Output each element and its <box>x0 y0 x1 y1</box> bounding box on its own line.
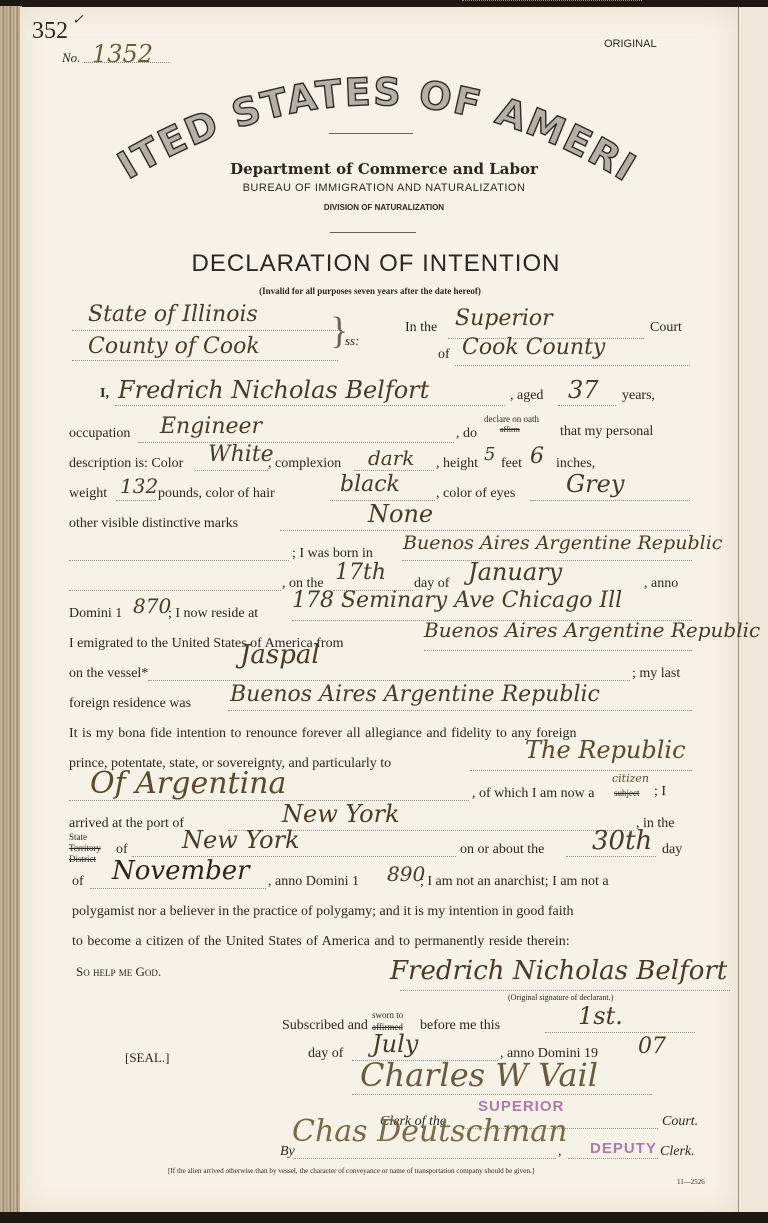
marks-line <box>280 530 690 531</box>
height-inches: 6 <box>530 444 544 469</box>
footnote: [If the alien arrived otherwise than by … <box>168 1167 534 1175</box>
deputy-clerk-label: Clerk. <box>660 1144 695 1160</box>
arrival-state: New York <box>182 826 300 854</box>
copy-label: ORIGINAL <box>604 38 657 50</box>
clerk-court-label: Court. <box>662 1114 698 1130</box>
marks-label: other visible distinctive marks <box>69 516 238 532</box>
arc-title: UNITED STATES OF AMERICA <box>95 60 655 200</box>
description-label: description is: Color <box>69 456 183 472</box>
foreign-residence-label: foreign residence was <box>69 696 191 712</box>
title-rule-top <box>329 133 413 134</box>
name-line <box>115 405 505 406</box>
subject-label: subject <box>614 788 640 798</box>
weight-value: 132 <box>120 474 158 498</box>
attest-day: 1st. <box>578 1002 623 1030</box>
subscribed-label: Subscribed and <box>282 1018 368 1034</box>
form-title: DECLARATION OF INTENTION <box>0 250 752 278</box>
attest-day-of-label: day of <box>308 1046 343 1062</box>
occupation-label: occupation <box>69 426 130 442</box>
declare-label: declare on oath <box>484 414 539 424</box>
oath-text: So help me God. <box>76 964 161 980</box>
title-rule-bottom <box>330 232 416 233</box>
scan-bottom-border <box>0 1212 768 1223</box>
declarant-age: 37 <box>568 376 599 404</box>
sworn-label: sworn to <box>372 1010 403 1020</box>
attest-day-line <box>545 1032 695 1033</box>
in-the-label: In the <box>405 320 437 336</box>
anno2-label: , anno Domini 1 <box>268 874 359 890</box>
color-line <box>195 470 268 471</box>
semicolon-i-label: ; I <box>654 784 666 800</box>
ss-label: ss: <box>345 333 359 349</box>
emigrated-line <box>424 650 692 651</box>
age-line <box>558 405 616 406</box>
foreign-residence-value: Buenos Aires Argentine Republic <box>230 682 600 707</box>
weight-label: weight <box>69 486 107 502</box>
of-label: of <box>438 347 450 363</box>
clerk-signature-line <box>352 1094 652 1095</box>
bureau-name: BUREAU OF IMMIGRATION AND NATURALIZATION <box>0 182 768 194</box>
venue-state: State of Illinois <box>88 302 258 327</box>
territory-label: Territory <box>69 843 101 853</box>
deputy-signature: Chas Deutschman <box>292 1114 567 1149</box>
complexion-line <box>354 470 434 471</box>
reside-label: ; I now reside at <box>168 606 258 622</box>
eyes-value: Grey <box>566 470 624 498</box>
attest-month: July <box>372 1030 418 1058</box>
court-name: Superior <box>455 306 553 331</box>
clerk-signature: Charles W Vail <box>360 1056 598 1094</box>
eyes-line <box>530 500 690 501</box>
anarchist-text: ; I am not an anarchist; I am not a <box>420 874 609 890</box>
hair-value: black <box>340 472 400 497</box>
validity-note: (Invalid for all purposes seven years af… <box>0 286 740 296</box>
pounds-hair-label: pounds, color of hair <box>158 486 275 502</box>
occupation-value: Engineer <box>160 414 262 439</box>
feet-label: feet <box>501 456 522 472</box>
of3-label: of <box>72 874 84 890</box>
eyes-label: , color of eyes <box>436 486 515 502</box>
emigrated-from: Buenos Aires Argentine Republic <box>424 618 760 642</box>
number-label: No. <box>62 50 80 66</box>
deputy-title-line <box>568 1158 658 1159</box>
state-line <box>72 330 338 331</box>
birthplace-value: Buenos Aires Argentine Republic <box>403 532 722 554</box>
birth-month-line <box>462 0 642 1</box>
i-label: I, <box>100 386 109 402</box>
years-label: years, <box>622 388 655 404</box>
weight-line <box>116 500 156 501</box>
state-label: State <box>69 832 87 842</box>
declarant-name: Fredrich Nicholas Belfort <box>118 376 429 404</box>
court-county-line <box>455 365 690 366</box>
complexion-label: , complexion <box>268 456 341 472</box>
deputy-signature-line <box>294 1158 556 1159</box>
color-value: White <box>208 442 274 467</box>
on-about-label: on or about the <box>460 842 544 858</box>
signature-caption: (Original signature of declarant.) <box>508 993 613 1002</box>
renounce-text-1: It is my bona fide intention to renounce… <box>69 726 577 742</box>
marks-value: None <box>368 500 433 528</box>
arrival-day-line <box>566 856 656 857</box>
anno-label: , anno <box>644 576 678 592</box>
court-label: Court <box>650 320 682 336</box>
arrival-month-line <box>90 888 266 889</box>
form-number: 11—2526 <box>677 1178 705 1186</box>
occupation-line <box>138 442 454 443</box>
height-label: , height <box>436 456 478 472</box>
seal-label: [SEAL.] <box>125 1050 169 1066</box>
personal-label: that my personal <box>560 424 653 440</box>
arrival-day: 30th <box>592 826 652 856</box>
department-name: Department of Commerce and Labor <box>0 160 768 178</box>
citizen-label: citizen <box>612 772 649 785</box>
born-pre-line <box>69 560 289 561</box>
deputy-stamp: DEPUTY <box>590 1140 657 1157</box>
venue-county: County of Cook <box>88 334 260 359</box>
division-name: DIVISION OF NATURALIZATION <box>0 203 768 212</box>
do-label: , do <box>456 426 477 442</box>
day-label: day <box>662 842 682 858</box>
court-county: Cook County <box>462 335 605 360</box>
birth-day: 17th <box>335 560 386 585</box>
residence-value: 178 Seminary Ave Chicago Ill <box>292 588 622 613</box>
complexion-value: dark <box>368 446 414 470</box>
attest-year: 07 <box>638 1034 666 1059</box>
district-label: District <box>69 854 96 864</box>
aged-label: , aged <box>510 388 543 404</box>
citizen-text: to become a citizen of the United States… <box>72 934 570 950</box>
of-which-label: , of which I am now a <box>472 786 594 802</box>
vessel-line <box>148 680 630 681</box>
affirm-label: affirm <box>500 425 520 434</box>
signature-line <box>400 990 730 991</box>
foreign-residence-line <box>228 710 692 711</box>
arrival-month: November <box>112 856 250 886</box>
comma: , <box>558 1144 562 1160</box>
page-check-mark: ✓ <box>72 12 84 28</box>
superior-stamp: SUPERIOR <box>478 1098 564 1115</box>
birth-year: 870 <box>133 594 171 618</box>
height-feet: 5 <box>484 444 495 465</box>
vessel-label: on the vessel* <box>69 666 148 682</box>
before-label: before me this <box>420 1018 500 1034</box>
domini-label: Domini 1 <box>69 606 122 622</box>
port-value: New York <box>282 800 400 828</box>
sovereign-value-1: The Republic <box>525 736 686 764</box>
polygamist-text: polygamist nor a believer in the practic… <box>72 904 574 920</box>
sovereign-value-2: Of Argentina <box>90 766 286 801</box>
vessel-value: Jaspal <box>240 640 320 670</box>
birth-month: January <box>468 558 562 586</box>
county-line <box>72 360 338 361</box>
arrived-label: arrived at the port of <box>69 816 184 832</box>
birthdate-pre-line <box>69 590 281 591</box>
sovereign-line-1 <box>470 770 692 771</box>
my-last-label: ; my last <box>632 666 680 682</box>
page-number: 352 <box>32 18 68 45</box>
declarant-signature: Fredrich Nicholas Belfort <box>390 956 727 986</box>
